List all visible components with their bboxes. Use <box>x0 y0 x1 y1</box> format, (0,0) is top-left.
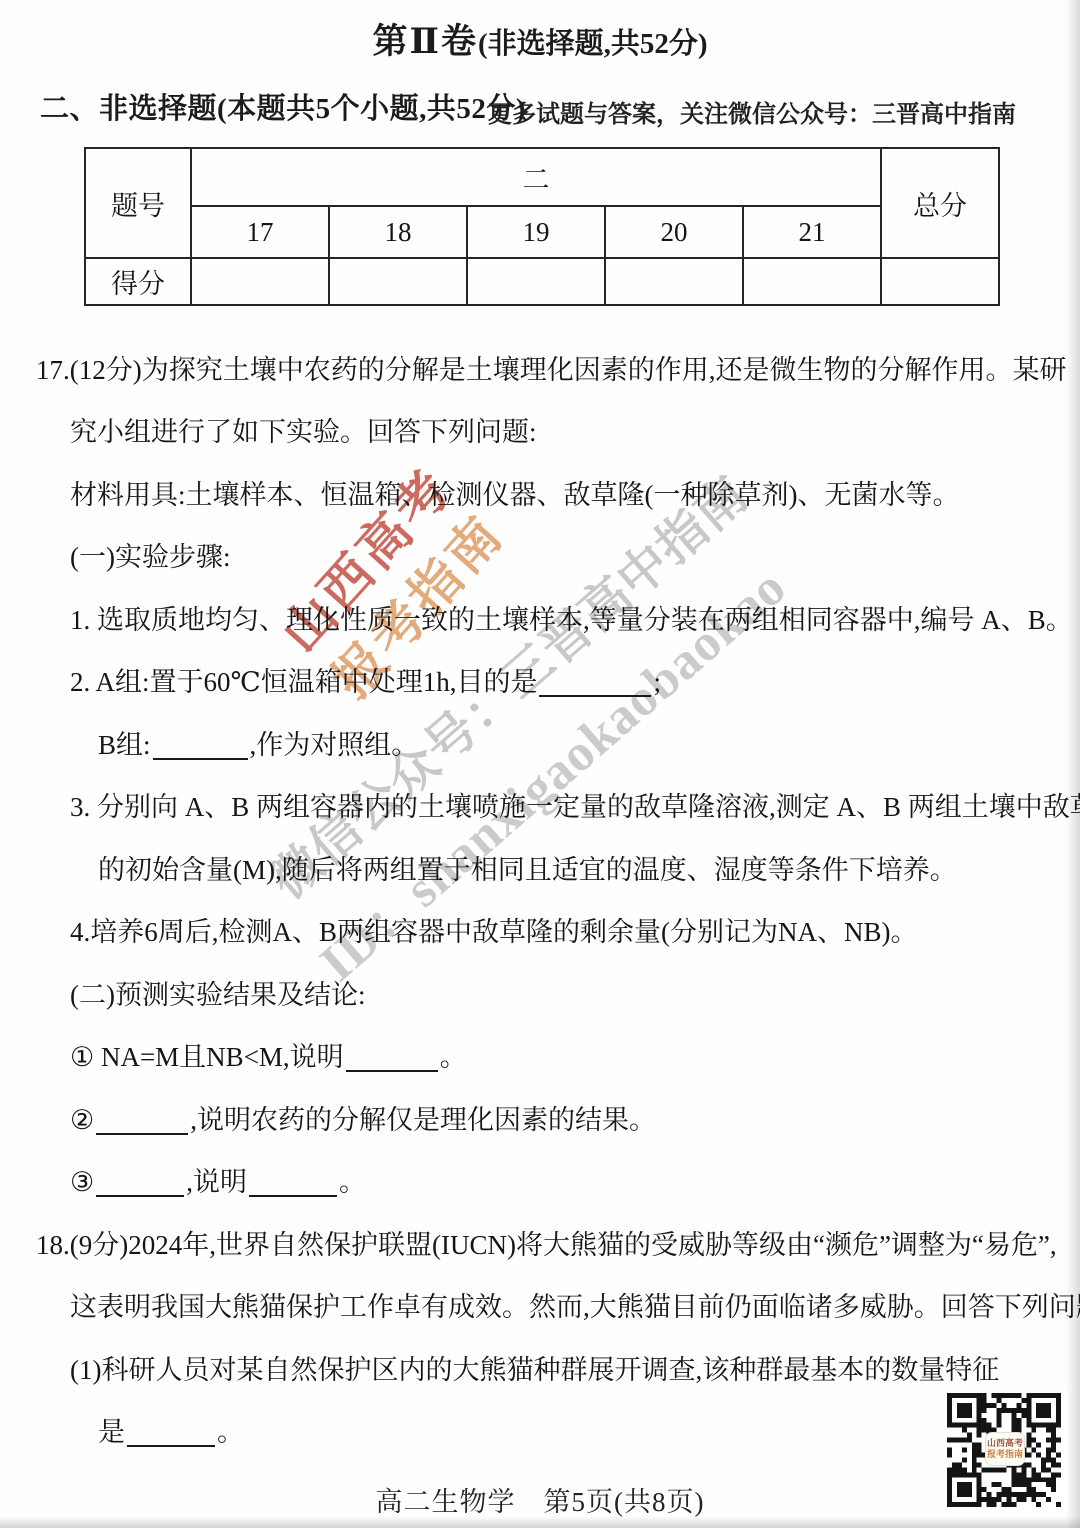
question-text: B组: <box>98 730 151 760</box>
question-line: B组:,作为对照组。 <box>98 723 418 762</box>
page-footer: 高二生物学 第5页(共8页) <box>0 1480 1080 1519</box>
answer-blank <box>96 1167 184 1197</box>
question-line: 的初始含量(M),随后将两组置于相同且适宜的温度、湿度等条件下培养。 <box>98 848 957 887</box>
question-text: 这表明我国大熊猫保护工作卓有成效。然而,大熊猫目前仍面临诸多威胁。回答下列问题: <box>70 1292 1080 1322</box>
question-text: ,说明 <box>186 1167 247 1197</box>
question-text: ,说明农药的分解仅是理化因素的结果。 <box>190 1105 656 1135</box>
question-text: ; <box>653 667 661 697</box>
answer-blank <box>539 667 651 697</box>
score-table-score-cell <box>881 258 999 305</box>
score-table-score-cell <box>329 258 467 305</box>
question-text: 18.(9分)2024年,世界自然保护联盟(IUCN)将大熊猫的受威胁等级由“濒… <box>36 1230 1057 1260</box>
score-table-qnum: 19 <box>467 206 605 258</box>
answer-blank <box>96 1105 188 1135</box>
question-line: 究小组进行了如下实验。回答下列问题: <box>70 410 537 449</box>
question-line: ① NA=M且NB<M,说明。 <box>70 1035 467 1074</box>
question-text: ,作为对照组。 <box>250 730 419 760</box>
score-table-qnum: 20 <box>605 206 743 258</box>
question-text: 究小组进行了如下实验。回答下列问题: <box>70 417 537 447</box>
question-text: 1. 选取质地均匀、理化性质一致的土壤样本,等量分装在两组相同容器中,编号 A、… <box>70 605 1073 635</box>
question-line: ③,说明。 <box>70 1160 366 1199</box>
question-line: 是。 <box>98 1410 244 1449</box>
score-table: 题号 二 总分 17 18 19 20 21 得分 <box>84 147 1000 306</box>
page-title-paren: (非选择题,共52分) <box>478 28 708 60</box>
score-table-qnum: 18 <box>329 206 467 258</box>
score-table-qnum: 21 <box>743 206 881 258</box>
qr-badge-line1: 山西高考 <box>987 1438 1023 1449</box>
question-text: (一)实验步骤: <box>70 542 230 572</box>
question-text: 材料用具:土壤样本、恒温箱、检测仪器、敌草隆(一种除草剂)、无菌水等。 <box>70 480 959 510</box>
page-title-main: 第Ⅱ卷 <box>372 22 478 61</box>
question-text: ② <box>70 1105 94 1135</box>
question-text: 是 <box>98 1417 125 1447</box>
exam-paper-page: 山西高考 报考指南 微信公众号：三晋高中指南 ID：shanxigaokaoba… <box>0 0 1080 1528</box>
question-line: (二)预测实验结果及结论: <box>70 973 365 1012</box>
question-line: (一)实验步骤: <box>70 535 230 574</box>
question-line: 18.(9分)2024年,世界自然保护联盟(IUCN)将大熊猫的受威胁等级由“濒… <box>36 1223 1057 1262</box>
score-table-score-cell <box>605 258 743 305</box>
question-text: 3. 分别向 A、B 两组容器内的土壤喷施一定量的敌草隆溶液,测定 A、B 两组… <box>70 792 1080 822</box>
qr-center-badge: 山西高考 报考指南 <box>985 1432 1025 1466</box>
score-table-score-label: 得分 <box>85 258 191 305</box>
question-text: 。 <box>440 1042 467 1072</box>
score-table-qnum: 17 <box>191 206 329 258</box>
score-table-score-cell <box>191 258 329 305</box>
score-table-score-cell <box>467 258 605 305</box>
question-text: (1)科研人员对某自然保护区内的大熊猫种群展开调查,该种群最基本的数量特征 <box>70 1355 999 1385</box>
question-text: 的初始含量(M),随后将两组置于相同且适宜的温度、湿度等条件下培养。 <box>98 855 957 885</box>
score-table-section-label: 二 <box>191 148 881 206</box>
page-title: 第Ⅱ卷(非选择题,共52分) <box>0 14 1080 64</box>
promo-note: 更多试题与答案，关注微信公众号：三晋高中指南 <box>488 94 1016 129</box>
question-line: 2. A组:置于60℃恒温箱中处理1h,目的是; <box>70 660 661 699</box>
question-line: 1. 选取质地均匀、理化性质一致的土壤样本,等量分装在两组相同容器中,编号 A、… <box>70 598 1073 637</box>
answer-blank <box>153 730 248 760</box>
question-line: 17.(12分)为探究土壤中农药的分解是土壤理化因素的作用,还是微生物的分解作用… <box>36 348 1066 387</box>
section-heading: 二、非选择题(本题共5个小题,共52分) <box>40 86 526 127</box>
question-text: 4.培养6周后,检测A、B两组容器中敌草隆的剩余量(分别记为NA、NB)。 <box>70 917 918 947</box>
question-line: 材料用具:土壤样本、恒温箱、检测仪器、敌草隆(一种除草剂)、无菌水等。 <box>70 473 959 512</box>
score-table-score-cell <box>743 258 881 305</box>
question-line: 4.培养6周后,检测A、B两组容器中敌草隆的剩余量(分别记为NA、NB)。 <box>70 910 918 949</box>
answer-blank <box>127 1417 215 1447</box>
question-text: 2. A组:置于60℃恒温箱中处理1h,目的是 <box>70 667 537 697</box>
question-line: 3. 分别向 A、B 两组容器内的土壤喷施一定量的敌草隆溶液,测定 A、B 两组… <box>70 785 1080 824</box>
question-line: 这表明我国大熊猫保护工作卓有成效。然而,大熊猫目前仍面临诸多威胁。回答下列问题: <box>70 1285 1080 1324</box>
qr-badge-line2: 报考指南 <box>987 1449 1023 1460</box>
question-text: (二)预测实验结果及结论: <box>70 980 365 1010</box>
question-text: ③ <box>70 1167 94 1197</box>
question-text: 。 <box>339 1167 366 1197</box>
score-table-question-label: 题号 <box>85 148 191 258</box>
question-text: 。 <box>217 1417 244 1447</box>
question-text: 17.(12分)为探究土壤中农药的分解是土壤理化因素的作用,还是微生物的分解作用… <box>36 355 1066 385</box>
score-table-total-label: 总分 <box>881 148 999 258</box>
question-text: ① NA=M且NB<M,说明 <box>70 1042 344 1072</box>
question-line: ②,说明农药的分解仅是理化因素的结果。 <box>70 1098 656 1137</box>
question-line: (1)科研人员对某自然保护区内的大熊猫种群展开调查,该种群最基本的数量特征 <box>70 1348 999 1387</box>
answer-blank <box>346 1042 438 1072</box>
answer-blank <box>249 1167 337 1197</box>
